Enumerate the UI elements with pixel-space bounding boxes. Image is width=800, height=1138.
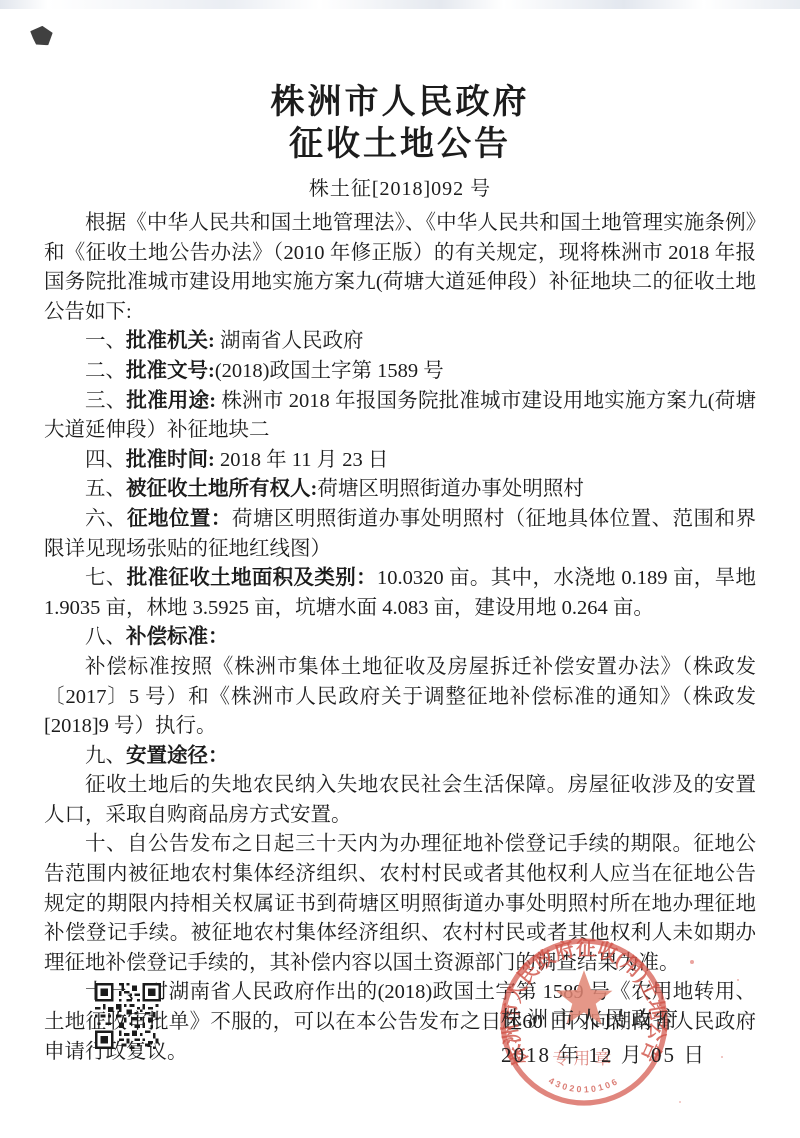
svg-text:4302010106: 4302010106 — [547, 1075, 621, 1094]
item-8-detail: 补偿标准按照《株洲市集体土地征收及房屋拆迁补偿安置办法》（株政发〔2017〕5 … — [44, 653, 756, 742]
signature-org: 株洲市人民政府 — [501, 1004, 706, 1034]
item-number: 一、 — [85, 330, 126, 352]
item-number: 五、 — [85, 478, 126, 500]
document-title: 征收土地公告 — [0, 124, 800, 166]
qr-code-icon — [95, 983, 161, 1049]
intro-paragraph: 根据《中华人民共和国土地管理法》、《中华人民共和国土地管理实施条例》和《征收土地… — [44, 209, 756, 327]
item-10-registration-deadline: 十、自公告发布之日起三十天内为办理征地补偿登记手续的期限。征地公告范围内被征地农… — [44, 830, 756, 978]
document-body: 根据《中华人民共和国土地管理法》、《中华人民共和国土地管理实施条例》和《征收土地… — [44, 209, 756, 1067]
item-text: 补偿标准按照《株洲市集体土地征收及房屋拆迁补偿安置办法》（株政发〔2017〕5 … — [44, 656, 756, 737]
item-number: 二、 — [85, 360, 126, 382]
item-label: 补偿标准： — [126, 626, 229, 648]
document-header: 株洲市人民政府 征收土地公告 株土征[2018]092 号 — [0, 0, 800, 201]
item-text: 根据《中华人民共和国土地管理法》、《中华人民共和国土地管理实施条例》和《征收土地… — [44, 212, 756, 323]
item-number: 八、 — [85, 626, 126, 648]
seal-serial-number: 4302010106 — [547, 1075, 621, 1094]
item-label: 批准时间: — [126, 449, 215, 471]
item-text: (2018)政国土字第 1589 号 — [215, 360, 444, 382]
item-text: 荷塘区明照街道办事处明照村 — [317, 478, 584, 500]
item-label: 批准征收土地面积及类别： — [127, 567, 377, 589]
item-9-resettlement: 九、安置途径： — [44, 742, 756, 772]
item-text: 征收土地后的失地农民纳入失地农民社会生活保障。房屋征收涉及的安置人口，采取自购商… — [44, 774, 756, 826]
item-9-detail: 征收土地后的失地农民纳入失地农民社会生活保障。房屋征收涉及的安置人口，采取自购商… — [44, 771, 756, 830]
item-1-approving-authority: 一、批准机关: 湖南省人民政府 — [44, 327, 756, 357]
item-text: 湖南省人民政府 — [215, 330, 364, 352]
signature-block: 株洲市人民政府 2018 年 12 月 05 日 — [501, 1004, 706, 1070]
item-label: 批准文号: — [126, 360, 215, 382]
item-8-compensation-standard: 八、补偿标准： — [44, 623, 756, 653]
issuing-authority-title: 株洲市人民政府 — [0, 82, 800, 124]
item-2-approval-number: 二、批准文号:(2018)政国土字第 1589 号 — [44, 357, 756, 387]
item-number: 十、 — [85, 833, 127, 855]
item-7-land-area: 七、批准征收土地面积及类别：10.0320 亩。其中，水浇地 0.189 亩，旱… — [44, 564, 756, 623]
signature-date: 2018 年 12 月 05 日 — [501, 1040, 706, 1070]
item-label: 被征收土地所有权人: — [126, 478, 317, 500]
item-number: 三、 — [85, 390, 126, 412]
item-text: 2018 年 11 月 23 日 — [215, 449, 389, 471]
item-number: 七、 — [85, 567, 127, 589]
item-number: 四、 — [85, 449, 126, 471]
item-label: 批准机关: — [126, 330, 215, 352]
document-page: 株洲市人民政府 征收土地公告 株土征[2018]092 号 根据《中华人民共和国… — [0, 0, 800, 1138]
item-3-approved-use: 三、批准用途: 株洲市 2018 年报国务院批准城市建设用地实施方案九(荷塘大道… — [44, 387, 756, 446]
item-5-land-owner: 五、被征收土地所有权人:荷塘区明照街道办事处明照村 — [44, 475, 756, 505]
item-6-land-location: 六、征地位置：荷塘区明照街道办事处明照村（征地具体位置、范围和界限详见现场张贴的… — [44, 505, 756, 564]
document-number: 株土征[2018]092 号 — [0, 172, 800, 201]
seal-ink-specks — [690, 960, 694, 964]
scan-artifact-top — [0, 0, 800, 9]
item-label: 安置途径： — [126, 745, 229, 767]
item-number: 六、 — [85, 508, 127, 530]
item-label: 征地位置： — [127, 508, 232, 530]
item-label: 批准用途: — [126, 390, 216, 412]
item-number: 九、 — [85, 745, 126, 767]
item-4-approval-date: 四、批准时间: 2018 年 11 月 23 日 — [44, 446, 756, 476]
item-text: 自公告发布之日起三十天内为办理征地补偿登记手续的期限。征地公告范围内被征地农村集… — [44, 833, 756, 973]
